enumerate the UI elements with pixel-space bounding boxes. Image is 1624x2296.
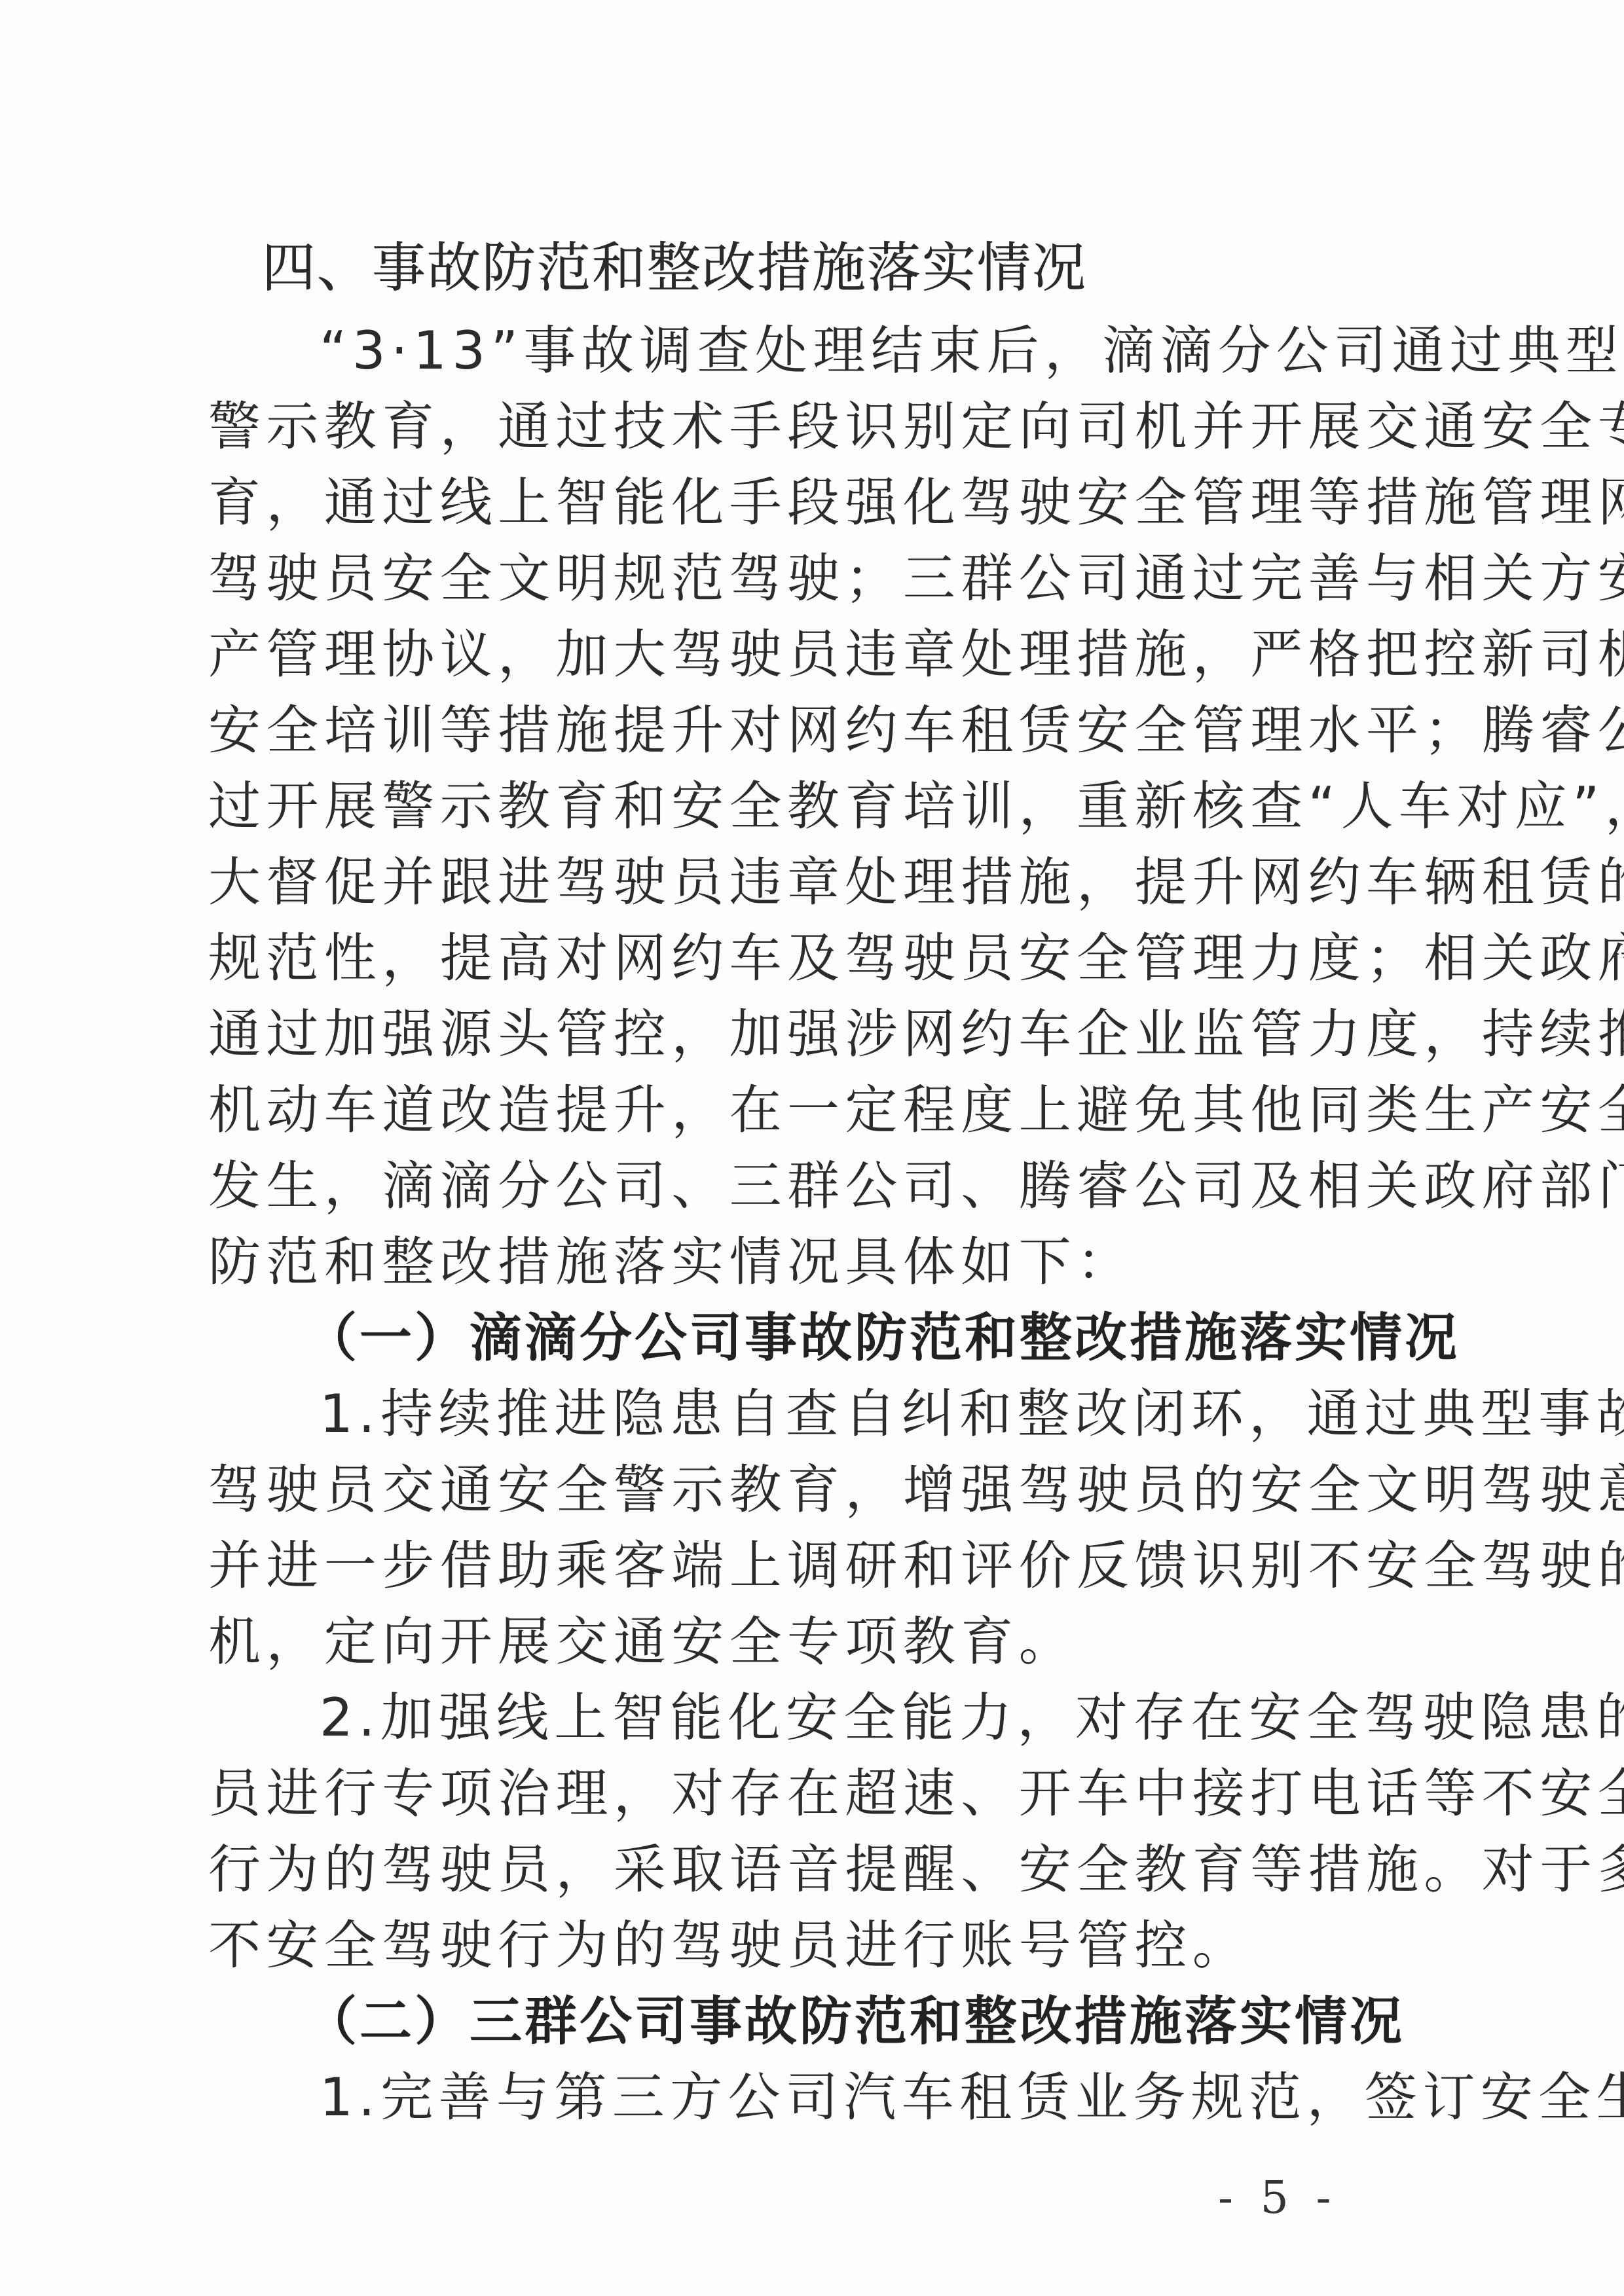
subsection-heading-didi: （一）滴滴分公司事故防范和整改措施落实情况 bbox=[304, 1307, 1522, 1370]
paragraph-line: 1.完善与第三方公司汽车租赁业务规范，签订安全生产 bbox=[320, 2066, 1426, 2129]
paragraph-line: “3·13”事故调查处理结束后，滴滴分公司通过典型事故 bbox=[320, 319, 1426, 382]
paragraph-line: 不安全驾驶行为的驾驶员进行账号管控。 bbox=[208, 1914, 1426, 1977]
paragraph-line: 警示教育，通过技术手段识别定向司机并开展交通安全专项教 bbox=[208, 395, 1426, 458]
paragraph-line: 员进行专项治理，对存在超速、开车中接打电话等不安全驾驶 bbox=[208, 1762, 1426, 1825]
document-page: 四、事故防范和整改措施落实情况 “3·13”事故调查处理结束后，滴滴分公司通过典… bbox=[0, 0, 1624, 2296]
paragraph-line: 防范和整改措施落实情况具体如下： bbox=[208, 1231, 1426, 1294]
paragraph-line: 安全培训等措施提升对网约车租赁安全管理水平；腾睿公司通 bbox=[208, 699, 1426, 762]
paragraph-line: 大督促并跟进驾驶员违章处理措施，提升网约车辆租赁的业务 bbox=[208, 851, 1426, 914]
paragraph-line: 规范性，提高对网约车及驾驶员安全管理力度；相关政府部门 bbox=[208, 927, 1426, 990]
page-number: - 5 - bbox=[1218, 2172, 1337, 2225]
paragraph-line: 通过加强源头管控，加强涉网约车企业监管力度，持续推进非 bbox=[208, 1003, 1426, 1066]
paragraph-line: 驾驶员安全文明规范驾驶；三群公司通过完善与相关方安全生 bbox=[208, 547, 1426, 610]
paragraph-line: 机动车道改造提升，在一定程度上避免其他同类生产安全事故 bbox=[208, 1079, 1426, 1142]
paragraph-line: 并进一步借助乘客端上调研和评价反馈识别不安全驾驶的司 bbox=[208, 1535, 1426, 1597]
paragraph-line: 行为的驾驶员，采取语音提醒、安全教育等措施。对于多次有 bbox=[208, 1838, 1426, 1901]
paragraph-line: 发生，滴滴分公司、三群公司、腾睿公司及相关政府部门事故 bbox=[208, 1155, 1426, 1218]
paragraph-line: 2.加强线上智能化安全能力，对存在安全驾驶隐患的驾驶 bbox=[320, 1686, 1426, 1749]
paragraph-line: 1.持续推进隐患自查自纠和整改闭环，通过典型事故做好 bbox=[320, 1383, 1426, 1446]
paragraph-line: 产管理协议，加大驾驶员违章处理措施，严格把控新司机入职 bbox=[208, 623, 1426, 686]
paragraph-line: 机，定向开展交通安全专项教育。 bbox=[208, 1611, 1426, 1673]
paragraph-line: 育，通过线上智能化手段强化驾驶安全管理等措施管理网约车 bbox=[208, 471, 1426, 534]
paragraph-line: 驾驶员交通安全警示教育，增强驾驶员的安全文明驾驶意识， bbox=[208, 1459, 1426, 1522]
section-heading: 四、事故防范和整改措施落实情况 bbox=[262, 237, 1480, 300]
paragraph-line: 过开展警示教育和安全教育培训，重新核查“人车对应”，加 bbox=[208, 775, 1426, 838]
subsection-heading-sanqun: （二）三群公司事故防范和整改措施落实情况 bbox=[304, 1990, 1522, 2053]
